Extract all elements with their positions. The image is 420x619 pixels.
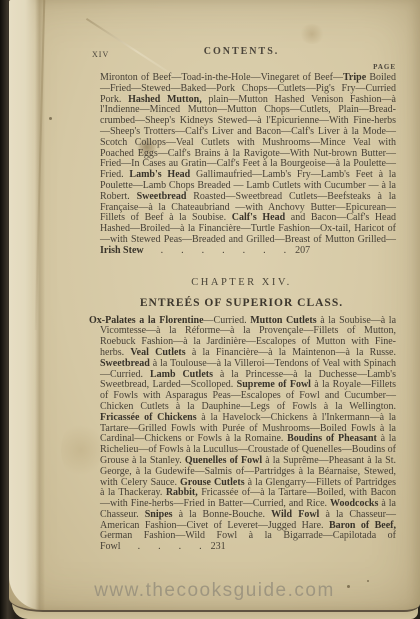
dot-leader: . . . . . . . — [144, 245, 288, 256]
contents-entry-chapter13: Mironton of Beef—Toad-in-the-Hole—Vinega… — [87, 73, 396, 257]
running-head: CONTENTS. — [87, 46, 396, 57]
text-block: xiv CONTENTS. PAGE Mironton of Beef—Toad… — [87, 0, 396, 553]
entry-text: Mironton of Beef—Toad-in-the-Hole—Vinega… — [100, 72, 396, 256]
chapter-heading: CHAPTER XIV. — [87, 277, 396, 288]
page-column-label: PAGE — [87, 63, 396, 71]
watermark-text: www.thecooksguide.com — [9, 580, 420, 602]
page-edge-shadow — [35, 0, 45, 610]
chapter-title: ENTREÉS OF SUPERIOR CLASS. — [87, 297, 396, 309]
page-header: xiv CONTENTS. — [87, 46, 396, 59]
page-ref-chapter14: 231 — [203, 541, 226, 552]
entry-text: Ox-Palates a la Florentine—Curried. Mutt… — [89, 315, 396, 553]
paper-page: xiv CONTENTS. PAGE Mironton of Beef—Toad… — [9, 0, 420, 612]
ink-speck — [49, 117, 52, 120]
page-ref-chapter13: 207 — [287, 245, 310, 256]
contents-entry-chapter14: Ox-Palates a la Florentine—Curried. Mutt… — [87, 316, 396, 554]
dot-leader: . . . . — [121, 541, 203, 552]
book-page-scan: xiv CONTENTS. PAGE Mironton of Beef—Toad… — [0, 0, 420, 619]
